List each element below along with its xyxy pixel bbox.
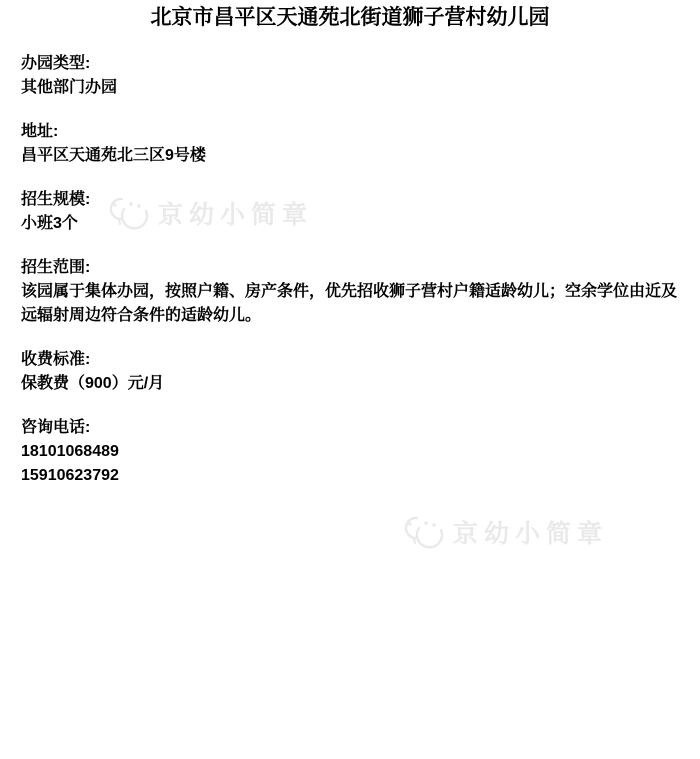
phone-number: 15910623792	[21, 464, 678, 488]
section-phone: 咨询电话: 18101068489 15910623792	[21, 416, 678, 488]
mascot-faces-logo-icon	[401, 512, 445, 552]
field-value: 其他部门办园	[21, 76, 678, 100]
field-label: 咨询电话:	[21, 416, 678, 440]
field-value: 该园属于集体办园，按照户籍、房产条件，优先招收狮子营村户籍适龄幼儿；空余学位由近…	[21, 280, 678, 328]
section-kindergarten-type: 办园类型: 其他部门办园	[21, 52, 678, 100]
field-value: 小班3个	[21, 212, 678, 236]
section-enrollment-scope: 招生范围: 该园属于集体办园，按照户籍、房产条件，优先招收狮子营村户籍适龄幼儿；…	[21, 256, 678, 328]
field-value: 保教费（900）元/月	[21, 372, 678, 396]
page-title: 北京市昌平区天通苑北街道狮子营村幼儿园	[0, 4, 700, 32]
field-label: 招生规模:	[21, 188, 678, 212]
section-address: 地址: 昌平区天通苑北三区9号楼	[21, 120, 678, 168]
watermark-text: 京幼小简章	[453, 514, 608, 550]
field-label: 地址:	[21, 120, 678, 144]
section-enrollment-scale: 招生规模: 小班3个	[21, 188, 678, 236]
field-value: 昌平区天通苑北三区9号楼	[21, 144, 678, 168]
watermark: 京幼小简章	[401, 512, 608, 552]
section-fee-standard: 收费标准: 保教费（900）元/月	[21, 348, 678, 396]
document-body: 办园类型: 其他部门办园 地址: 昌平区天通苑北三区9号楼 招生规模: 小班3个…	[0, 52, 700, 488]
field-label: 招生范围:	[21, 256, 678, 280]
field-label: 收费标准:	[21, 348, 678, 372]
field-label: 办园类型:	[21, 52, 678, 76]
phone-number: 18101068489	[21, 440, 678, 464]
